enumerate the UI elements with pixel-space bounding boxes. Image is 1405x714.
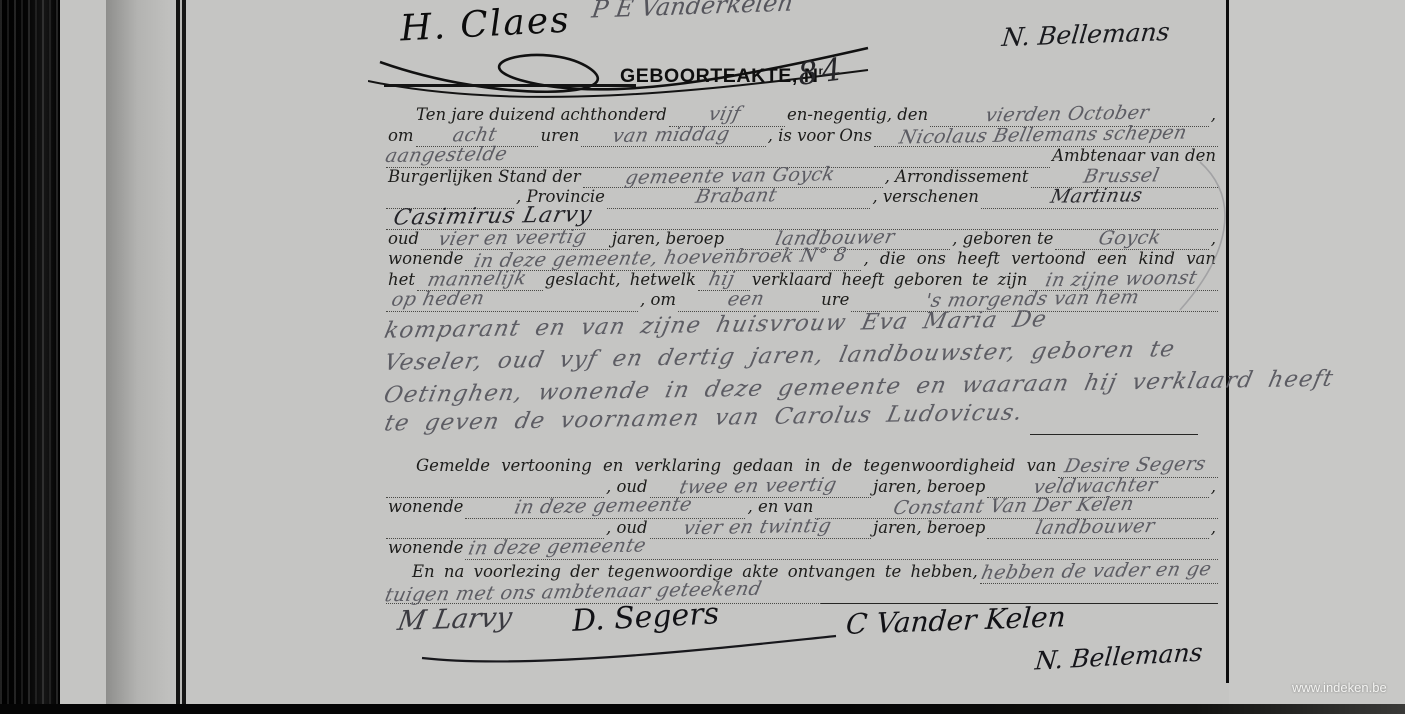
act-line: Gemelde vertooning en verklaring gedaan … [386, 455, 1218, 476]
act-title-label: GEBOORTEAKTE, N [620, 65, 819, 87]
title-rule [384, 84, 636, 87]
printed-text: oud [386, 229, 421, 250]
printed-text: jaren, beroep [871, 477, 987, 498]
printed-text: het [386, 270, 417, 291]
printed-text: wonende [386, 497, 465, 518]
fill-line [710, 538, 1218, 560]
handwritten-entry: in deze gemeente, hoevenbroek N° 8 [473, 245, 849, 272]
act-line: op heden , om een ure 's morgends van he… [386, 289, 1218, 310]
act-line: En na voorlezing der tegenwoordige akte … [386, 561, 1218, 582]
fill-line: Brabant [607, 186, 870, 209]
spine-rule [176, 0, 187, 714]
closing-rule [1030, 403, 1198, 435]
book-binding [0, 0, 60, 714]
signature-larvy: M Larvy [395, 602, 514, 637]
fill-line: in deze gemeente [465, 496, 745, 519]
printed-text: , Arrondissement [883, 167, 1031, 188]
act-line: wonende in deze gemeente [386, 537, 1218, 558]
printed-text: , [1209, 477, 1218, 498]
right-margin [1229, 0, 1405, 704]
printed-text: , verschenen [870, 187, 981, 208]
fill-line: Constant Van Der Kelen [815, 496, 1218, 519]
act-line: wonende in deze gemeente, hoevenbroek N°… [386, 248, 1218, 269]
handwritten-entry: twee en veertig [677, 474, 838, 497]
fill-line: landbouwer [987, 517, 1208, 540]
act-line: Casimirus Larvy [386, 207, 1218, 228]
printed-text: Burgerlijken Stand der [386, 167, 583, 188]
handwritten-entry: Desire Segers [1063, 454, 1208, 477]
handwritten-entry: in deze gemeente [463, 536, 649, 560]
printed-text: Ten jare duizend achthonderd [414, 105, 669, 126]
watermark: www.indeken.be [1292, 680, 1387, 695]
act-line: Ten jare duizend achthonderd vijf en-neg… [386, 104, 1218, 125]
act-body: Ten jare duizend achthonderd vijf en-neg… [386, 104, 1218, 602]
bottom-edge [0, 704, 1405, 714]
printed-text: , [1209, 105, 1218, 126]
printed-text: Gemelde vertooning en verklaring gedaan … [414, 456, 1058, 477]
signature-bellemans-top: N. Bellemans [1001, 17, 1172, 52]
handwritten-entry: hebben de vader en ge [979, 559, 1213, 584]
act-line: , oud vier en twintig jaren, beroep land… [386, 517, 1218, 538]
pencil-stroke [1150, 160, 1240, 320]
handwritten-entry: vier en veertig [437, 226, 589, 249]
handwritten-entry: Martinus [1049, 186, 1145, 208]
printed-text: , [1209, 518, 1218, 539]
act-line: wonende in deze gemeente , en van Consta… [386, 496, 1218, 517]
handwritten-entry: aangestelde [384, 144, 510, 167]
handwritten-entry: hij [706, 269, 736, 290]
handwritten-entry: een [726, 289, 766, 310]
fill-line: in deze gemeente [465, 537, 710, 560]
printed-text: wonende [386, 249, 465, 270]
signature-bellemans-bottom: N. Bellemans [1034, 638, 1204, 676]
printed-text: wonende [386, 538, 465, 559]
printed-text: , om [638, 290, 678, 311]
handwritten-entry: Brabant [693, 186, 778, 208]
act-line: Burgerlijken Stand der gemeente van Goyc… [386, 166, 1218, 187]
act-line: tuigen met ons ambtenaar geteekend [386, 582, 1218, 603]
fill-line: op heden [386, 289, 638, 312]
fill-line: hebben de vader en ge [980, 561, 1218, 584]
fill-line: van middag [581, 125, 765, 148]
handwritten-entry: van middag [610, 124, 731, 147]
spacer [1198, 403, 1219, 434]
printed-text: verklaard heeft geboren te zijn [750, 270, 1029, 291]
printed-text: jaren, beroep [871, 518, 987, 539]
printed-text: om [386, 126, 416, 147]
signature-vanderkelen-bottom: C Vander Kelen [845, 600, 1067, 641]
fill-line: tuigen met ons ambtenaar geteekend [386, 582, 821, 605]
printed-text: , geboren te [950, 229, 1055, 250]
act-line-handwritten: te geven de voornamen van Carolus Ludovi… [386, 403, 1218, 434]
handwritten-entry: op heden [384, 288, 487, 310]
handwritten-entry: in deze gemeente [512, 495, 694, 519]
handwritten-entry: vier en twintig [682, 515, 834, 538]
handwritten-entry: vijf [706, 104, 742, 125]
fill-line: vier en veertig [421, 228, 610, 251]
printed-text: geslacht, hetwelk [543, 270, 698, 291]
page-stack-edges [60, 0, 106, 714]
printed-text: uren [538, 126, 581, 147]
handwritten-entry: Nicolaus Bellemans schepen [898, 122, 1190, 148]
page-gutter-shadow [106, 0, 176, 714]
act-number: 84 [796, 51, 847, 93]
act-line: aangestelde Ambtenaar van den [386, 145, 1218, 166]
act-title: GEBOORTEAKTE, Nr [620, 65, 823, 88]
column-rule [1226, 0, 1229, 683]
fill-line: Nicolaus Bellemans schepen [874, 125, 1218, 148]
handwritten-entry: landbouwer [1034, 516, 1157, 539]
printed-text: en-negentig, den [785, 105, 930, 126]
act-line: om acht uren van middag , is voor Ons Ni… [386, 125, 1218, 146]
printed-text: , is voor Ons [766, 126, 874, 147]
fill-line: vier en twintig [650, 517, 871, 540]
